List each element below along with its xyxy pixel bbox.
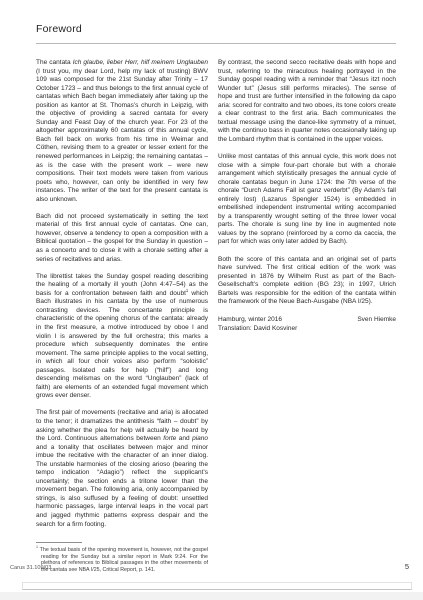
page-footer: Carus 31.109/03 5 xyxy=(10,562,409,571)
catalog-number: Carus 31.109/03 xyxy=(10,565,51,571)
right-column-paragraphs: By contrast, the second secco recitative… xyxy=(218,59,396,307)
text-columns: The cantata Ich glaube, lieber Herr, hil… xyxy=(36,59,396,573)
paragraph: The cantata Ich glaube, lieber Herr, hil… xyxy=(36,59,208,204)
left-column-paragraphs: The cantata Ich glaube, lieber Herr, hil… xyxy=(36,59,208,529)
paragraph: By contrast, the second secco recitative… xyxy=(218,59,396,144)
signoff-author: Sven Hiemke xyxy=(357,316,396,325)
right-column: By contrast, the second secco recitative… xyxy=(218,59,396,573)
document-page: Foreword The cantata Ich glaube, lieber … xyxy=(0,0,423,600)
paragraph: Both the score of this cantata and an or… xyxy=(218,256,396,307)
paragraph: Unlike most cantatas of this annual cycl… xyxy=(218,153,396,247)
footnote-rule xyxy=(36,542,82,543)
left-column: The cantata Ich glaube, lieber Herr, hil… xyxy=(36,59,208,573)
title-rule xyxy=(36,43,396,44)
outside-page-background xyxy=(0,592,423,600)
signoff-place-date: Hamburg, winter 2016 xyxy=(218,316,282,325)
signoff-translation: Translation: David Kosviner xyxy=(218,325,396,334)
page-number: 5 xyxy=(405,562,409,571)
signoff-block: Hamburg, winter 2016 Sven Hiemke Transla… xyxy=(218,316,396,334)
paragraph: The librettist takes the Sunday gospel r… xyxy=(36,273,208,401)
page-title: Foreword xyxy=(36,23,82,35)
paragraph: Bach did not proceed systematically in s… xyxy=(36,213,208,264)
signoff-row: Hamburg, winter 2016 Sven Hiemke xyxy=(218,316,396,325)
page-bottom-edge xyxy=(22,582,412,590)
paragraph: The first pair of movements (recitative … xyxy=(36,409,208,529)
